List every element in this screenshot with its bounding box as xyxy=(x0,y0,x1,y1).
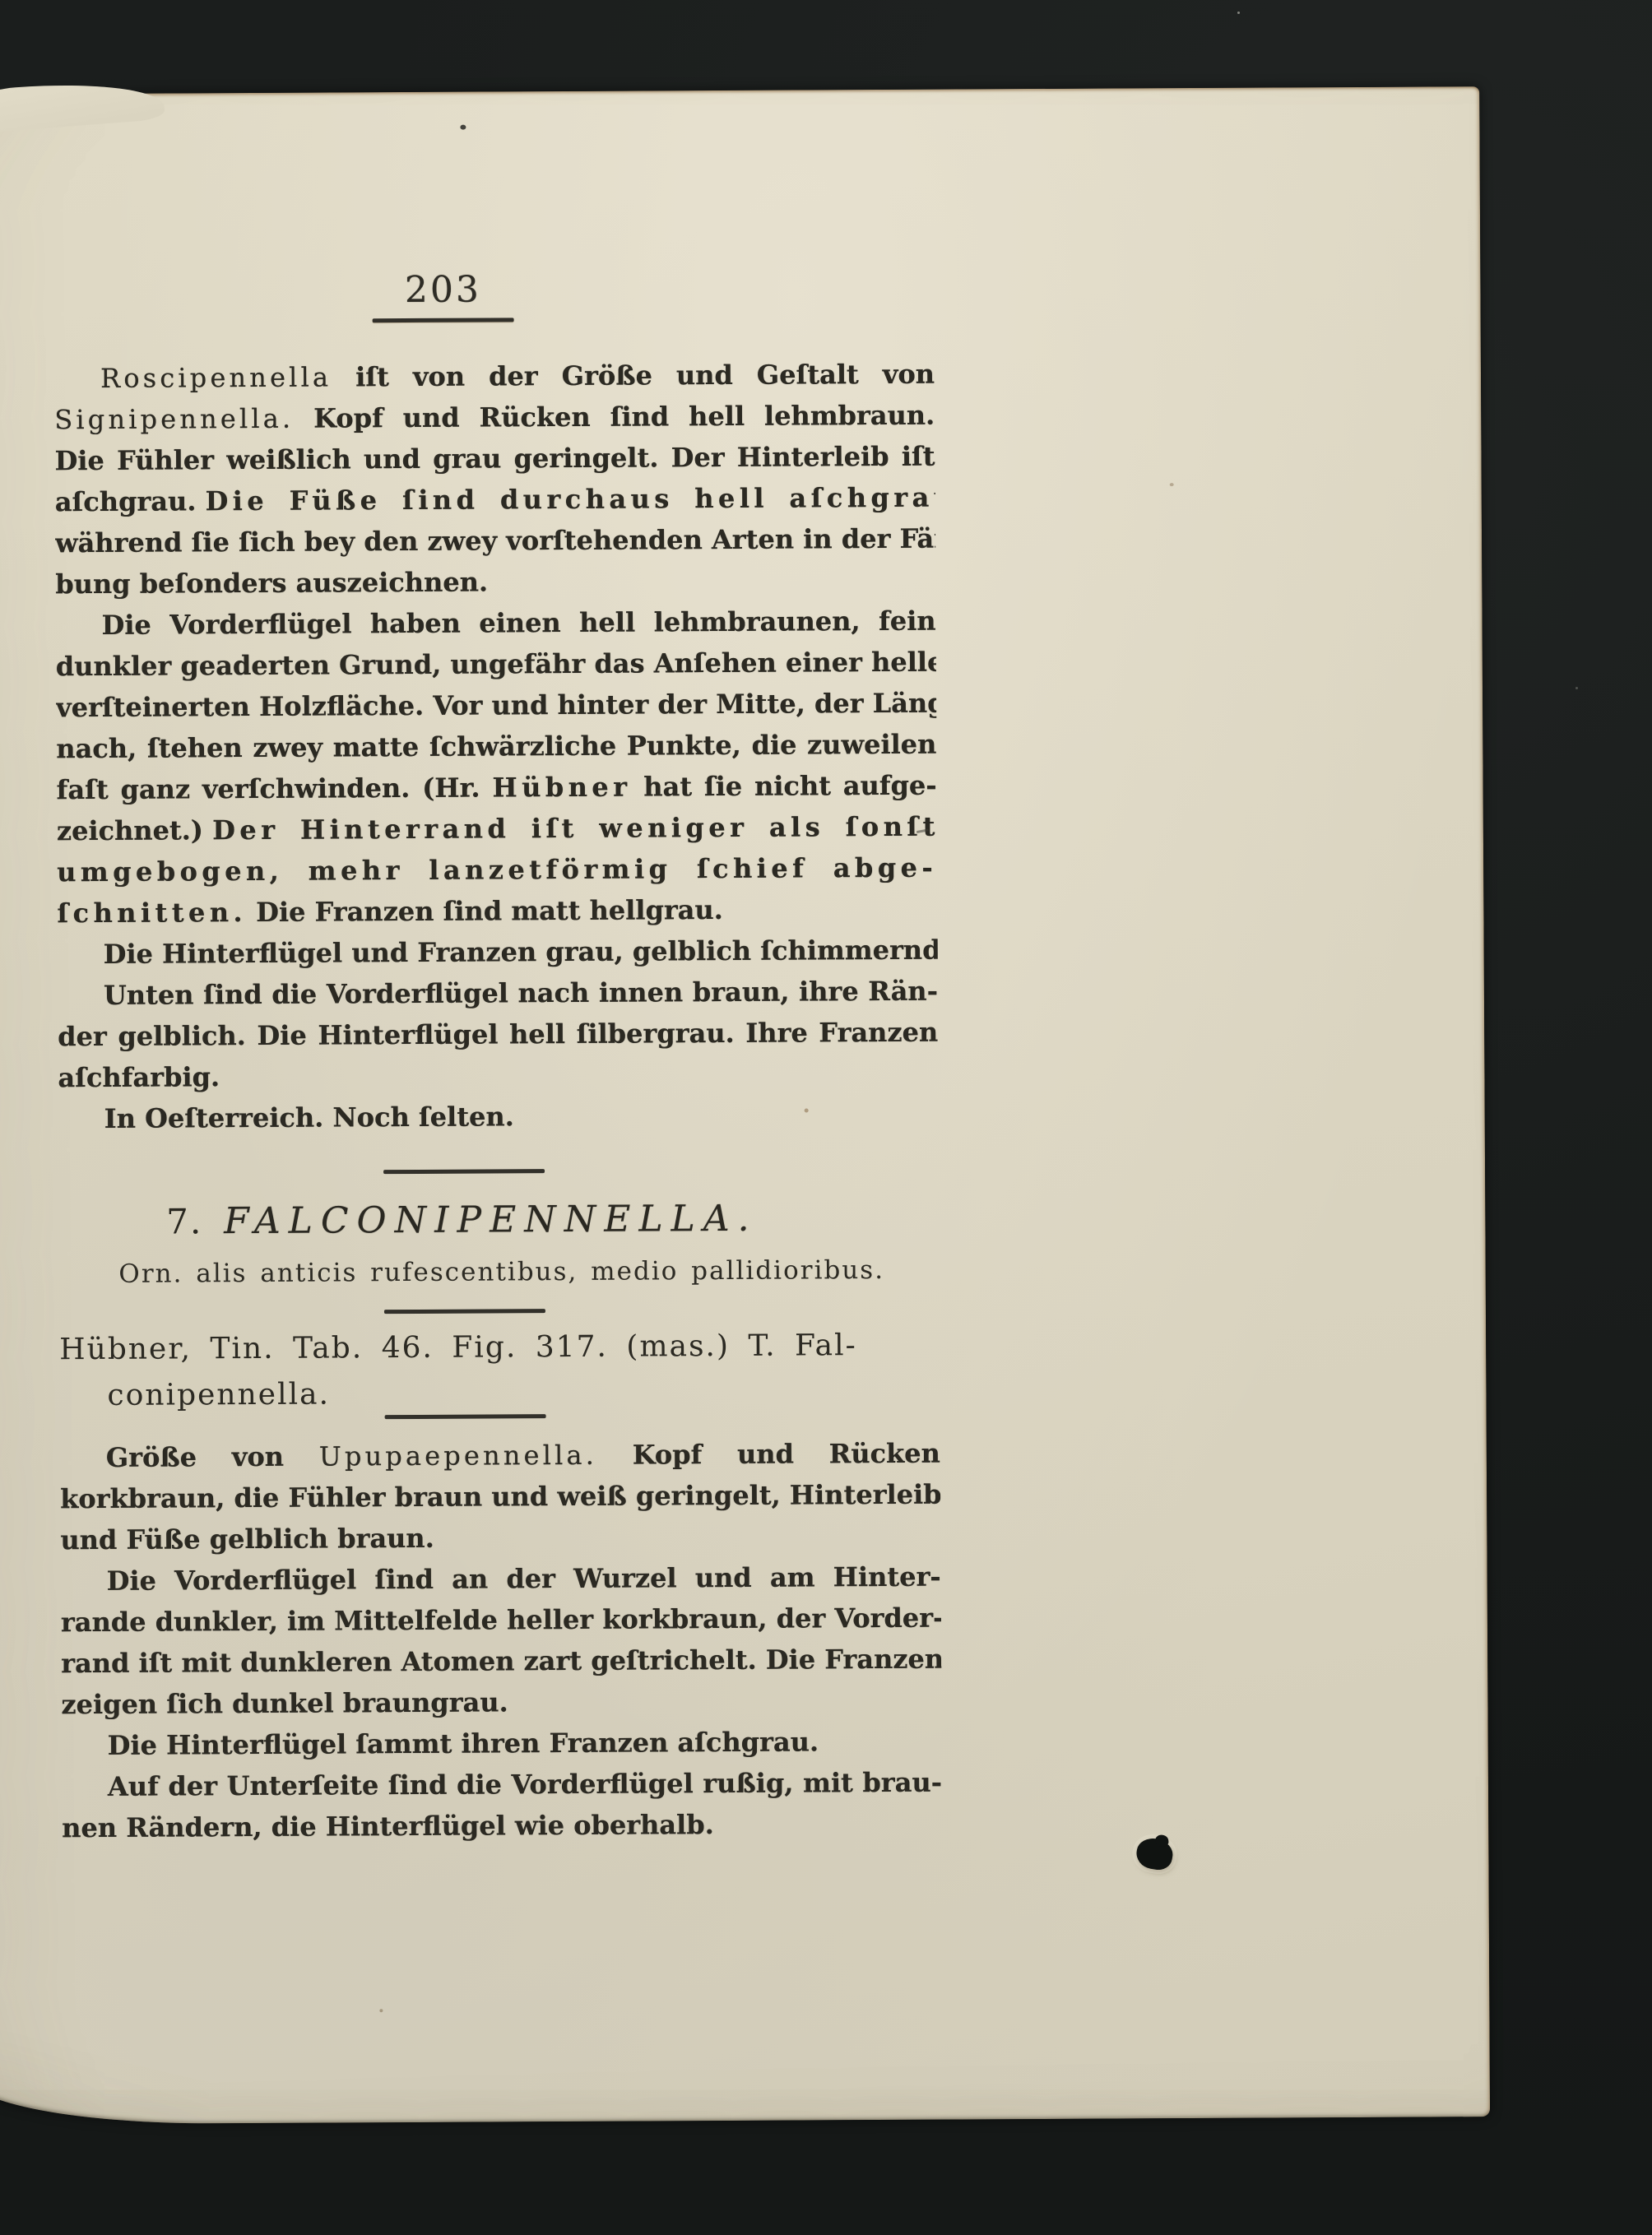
latin-diagnosis: Orn. alis anticis rufescentibus, medio p… xyxy=(62,1255,942,1290)
scanner-background: 203 Roscipennella iſt von der Größe und … xyxy=(0,0,1652,2235)
text-run: bung beſonders auszeichnen. xyxy=(55,566,488,600)
text-run: Die Füße ſind durchaus hell aſchgrau, xyxy=(205,481,935,517)
reference-line: conipennella. xyxy=(59,1369,940,1420)
paper-speck xyxy=(805,1108,809,1112)
text-run: während ſie ſich bey den zwey vorſtehend… xyxy=(55,522,935,559)
dust-speck xyxy=(1237,12,1240,14)
text-run: umgebogen, mehr lanzetförmig ſchief abge… xyxy=(57,852,937,888)
body-paragraph: In Oeſterreich. Noch ſelten. xyxy=(58,1094,939,1140)
body-paragraph: Unten ſind die Vorderflügel nach innen b… xyxy=(58,971,939,1099)
text-run: hat ſie nicht aufge- xyxy=(631,770,936,803)
body-line: Die Fühler weißlich und grau geringelt. … xyxy=(54,436,935,482)
body-line: Roscipennella iſt von der Größe und Geſt… xyxy=(54,354,935,400)
paper-hole-blemish xyxy=(1135,1836,1176,1872)
body-line: Die Hinterflügel und Franzen grau, gelbl… xyxy=(58,930,938,976)
text-run: nen Rändern, die Hinterflügel wie oberha… xyxy=(62,1809,714,1843)
body-line: bung beſonders auszeichnen. xyxy=(55,559,935,605)
text-run: Die Fühler weißlich und grau geringelt. … xyxy=(54,441,935,477)
body-line: rand iſt mit dunkleren Atomen zart geſtr… xyxy=(61,1639,941,1685)
body-line: verſteinerten Holzfläche. Vor und hinter… xyxy=(56,683,936,729)
text-run: Kopf und Rücken ſind hell lehmbraun. xyxy=(294,400,935,434)
diagnosis-divider xyxy=(384,1309,545,1314)
text-run: Der Hinterrand iſt weniger als ſonſt xyxy=(212,811,937,846)
reference-line: Hübner, Tin. Tab. 46. Fig. 317. (mas.) T… xyxy=(59,1323,940,1374)
text-column: 203 Roscipennella iſt von der Größe und … xyxy=(53,90,944,2125)
body-line: und Füße gelblich braun. xyxy=(60,1515,940,1561)
body-line: während ſie ſich bey den zwey vorſtehend… xyxy=(55,518,935,564)
body-line: zeichnet.) Der Hinterrand iſt weniger al… xyxy=(57,806,937,852)
text-run: Auf der Unterſeite ſind die Vorderflügel… xyxy=(108,1767,942,1802)
body-paragraph: Die Hinterflügel und Franzen grau, gelbl… xyxy=(58,930,938,976)
paper-speck xyxy=(1170,483,1174,486)
body-line: Größe von Upupaepennella. Kopf und Rücke… xyxy=(60,1433,940,1479)
body-paragraph: Größe von Upupaepennella. Kopf und Rücke… xyxy=(60,1433,941,1561)
text-run: aſchgrau. xyxy=(55,485,206,517)
text-run: ſchnitten. xyxy=(57,897,247,929)
text-run: aſchfarbig. xyxy=(58,1061,220,1093)
text-run: Die Hinterflügel und Franzen grau, gelbl… xyxy=(104,934,938,970)
body-line: Die Hinterflügel ſammt ihren Franzen aſc… xyxy=(62,1721,942,1767)
body-line: Signipennella. Kopf und Rücken ſind hell… xyxy=(54,395,935,441)
body-line: umgebogen, mehr lanzetförmig ſchief abge… xyxy=(57,847,937,893)
body-line: Unten ſind die Vorderflügel nach innen b… xyxy=(58,971,938,1017)
book-page: 203 Roscipennella iſt von der Größe und … xyxy=(0,86,1490,2125)
body-line: aſchgrau. Die Füße ſind durchaus hell aſ… xyxy=(55,477,935,523)
body-paragraph: Die Vorderflügel ſind an der Wurzel und … xyxy=(61,1556,942,1726)
text-run: Die Franzen ſind matt hellgrau. xyxy=(247,894,723,928)
text-run: und Füße gelblich braun. xyxy=(60,1523,434,1556)
body-line: aſchfarbig. xyxy=(58,1053,938,1099)
text-run: nach, ſtehen zwey matte ſchwärzliche Pun… xyxy=(56,729,936,765)
text-run: Die Vorderflügel ſind an der Wurzel und … xyxy=(107,1561,941,1597)
text-run: korkbraun, die Fühler braun und weiß ger… xyxy=(60,1479,940,1515)
body-line: nen Rändern, die Hinterflügel wie oberha… xyxy=(62,1803,942,1849)
hubner-reference: Hübner, Tin. Tab. 46. Fig. 317. (mas.) T… xyxy=(59,1323,940,1420)
text-run: Unten ſind die Vorderflügel nach innen b… xyxy=(104,976,938,1011)
section-divider xyxy=(383,1169,545,1174)
body-line: Die Vorderflügel ſind an der Wurzel und … xyxy=(61,1556,941,1602)
text-run: In Oeſterreich. Noch ſelten. xyxy=(104,1101,514,1134)
body-line: faſt ganz verſchwinden. (Hr. Hübner hat … xyxy=(56,765,936,811)
page-header: 203 xyxy=(2,267,883,325)
species-number: 7. xyxy=(166,1201,202,1241)
text-run: Größe von xyxy=(106,1441,319,1473)
body-line: rande dunkler, im Mittelfelde heller kor… xyxy=(61,1597,941,1644)
text-run: Kopf und Rücken xyxy=(597,1438,940,1471)
body-line: der gelblich. Die Hinterflügel hell ſilb… xyxy=(58,1012,938,1058)
text-run: Die Vorderflügel haben einen hell lehmbr… xyxy=(101,605,935,641)
reference-divider xyxy=(385,1414,546,1419)
body-line: In Oeſterreich. Noch ſelten. xyxy=(58,1094,939,1140)
text-run: dunkler geaderten Grund, ungefähr das An… xyxy=(56,646,936,682)
species-name: FALCONIPENNELLA. xyxy=(224,1198,758,1242)
body-paragraph: Auf der Unterſeite ſind die Vorderflügel… xyxy=(62,1762,943,1849)
body-paragraph: Die Hinterflügel ſammt ihren Franzen aſc… xyxy=(62,1721,942,1767)
body-paragraph: Die Vorderflügel haben einen hell lehmbr… xyxy=(55,600,937,934)
body-line: Die Vorderflügel haben einen hell lehmbr… xyxy=(55,600,935,647)
text-run: faſt ganz verſchwinden. (Hr. xyxy=(57,772,493,805)
page-number: 203 xyxy=(2,267,883,313)
text-run: Signipennella. xyxy=(54,403,294,436)
description-roscipennella: Roscipennella iſt von der Größe und Geſt… xyxy=(54,354,939,1140)
text-run: verſteinerten Holzfläche. Vor und hinter… xyxy=(56,687,936,723)
text-run: der gelblich. Die Hinterflügel hell ſilb… xyxy=(58,1017,938,1053)
text-run: Roscipennella xyxy=(100,361,332,393)
body-line: zeigen ſich dunkel braungrau. xyxy=(61,1680,941,1726)
body-line: korkbraun, die Fühler braun und weiß ger… xyxy=(60,1474,940,1520)
body-paragraph: Roscipennella iſt von der Größe und Geſt… xyxy=(54,354,936,605)
body-line: nach, ſtehen zwey matte ſchwärzliche Pun… xyxy=(56,724,936,770)
text-run: Die Hinterflügel ſammt ihren Franzen aſc… xyxy=(108,1726,819,1761)
body-line: ſchnitten. Die Franzen ſind matt hellgra… xyxy=(57,888,937,934)
paper-speck xyxy=(379,2009,383,2012)
text-run: Upupaepennella. xyxy=(319,1440,597,1472)
text-run: zeichnet.) xyxy=(57,814,212,846)
page-number-rule xyxy=(373,318,514,322)
body-line: dunkler geaderten Grund, ungefähr das An… xyxy=(56,642,936,688)
text-run: rand iſt mit dunkleren Atomen zart geſtr… xyxy=(61,1644,941,1680)
text-run: Hübner xyxy=(492,772,631,804)
text-run: iſt von der Größe und Geſtalt von xyxy=(332,359,935,393)
ink-speck xyxy=(460,125,466,130)
body-line: Auf der Unterſeite ſind die Vorderflügel… xyxy=(62,1762,942,1808)
description-falconipennella: Größe von Upupaepennella. Kopf und Rücke… xyxy=(60,1433,943,1849)
text-run: zeigen ſich dunkel braungrau. xyxy=(61,1686,508,1720)
dust-speck xyxy=(1575,687,1578,689)
species-heading: 7.FALCONIPENNELLA. xyxy=(21,1197,902,1244)
text-run: rande dunkler, im Mittelfelde heller kor… xyxy=(61,1602,941,1639)
